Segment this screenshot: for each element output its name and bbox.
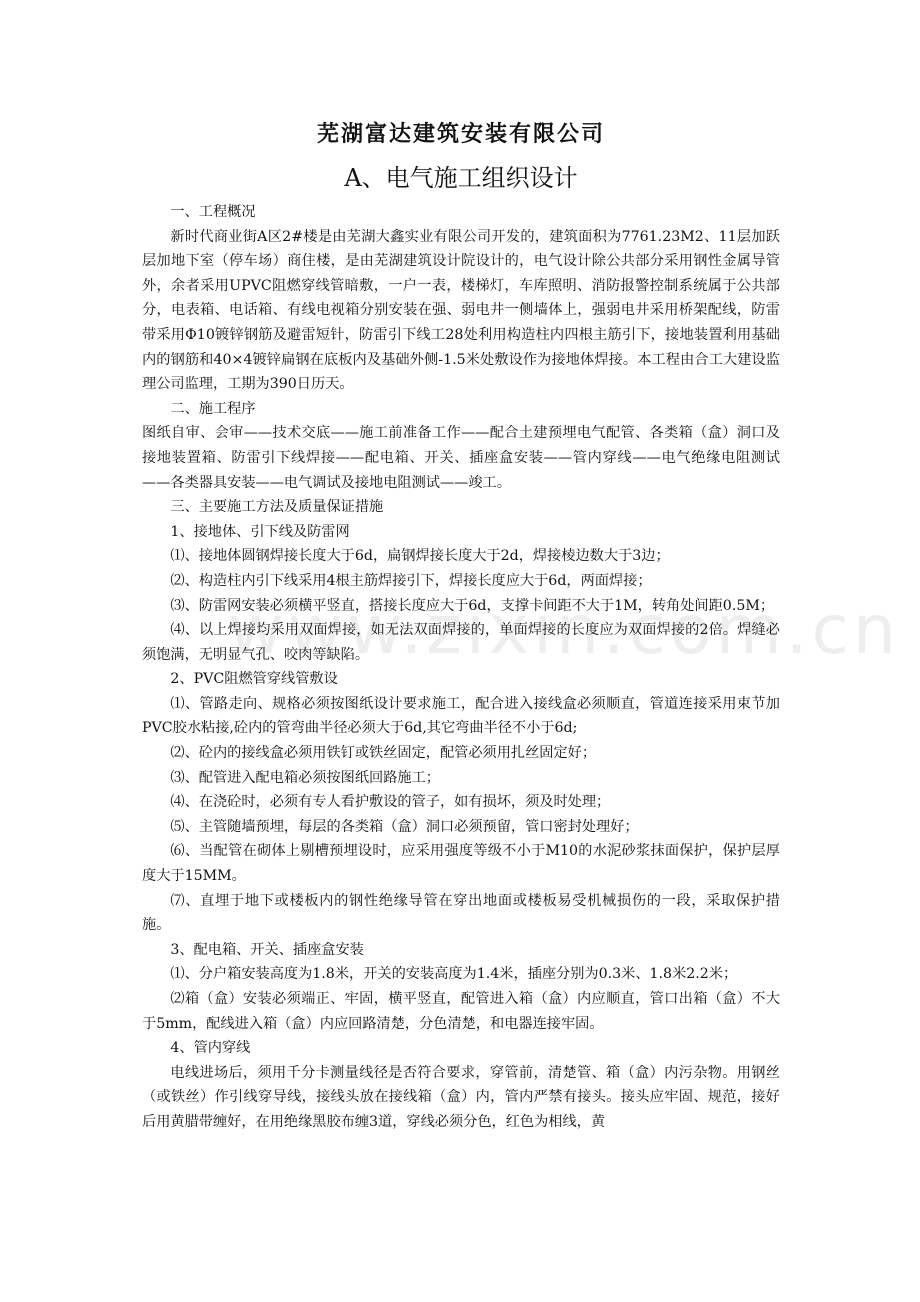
list-item: ⑸、主管随墙预埋，每层的各类箱（盒）洞口必须预留，管口密封处理好；	[142, 815, 780, 840]
section-heading: 三、主要施工方法及质量保证措施	[142, 495, 780, 520]
subsection-heading: 3、配电箱、开关、插座盒安装	[142, 938, 780, 963]
document-body: 芜湖富达建筑安装有限公司 A、电气施工组织设计 一、工程概况 新时代商业街A区2…	[142, 118, 780, 1135]
subsection-heading: 1、接地体、引下线及防雷网	[142, 520, 780, 545]
paragraph: 新时代商业街A区2#楼是由芜湖大鑫实业有限公司开发的，建筑面积为7761.23M…	[142, 225, 780, 397]
subsection-heading: 4、管内穿线	[142, 1036, 780, 1061]
list-item: ⑶、配管进入配电箱必须按图纸回路施工；	[142, 766, 780, 791]
list-item: ⑵、砼内的接线盒必须用铁钉或铁丝固定，配管必须用扎丝固定好；	[142, 741, 780, 766]
list-item: ⑵、构造柱内引下线采用4根主筋焊接引下，焊接长度应大于6d，两面焊接；	[142, 569, 780, 594]
list-item: ⑷、在浇砼时，必须有专人看护敷设的管子，如有损坏，须及时处理；	[142, 790, 780, 815]
list-item: ⑴、分户箱安装高度为1.8米，开关的安装高度为1.4米，插座分别为0.3米、1.…	[142, 962, 780, 987]
document-page: www.zixin.com.cn 芜湖富达建筑安装有限公司 A、电气施工组织设计…	[0, 0, 920, 1302]
subsection-heading: 2、PVC阻燃管穿线管敷设	[142, 667, 780, 692]
document-title: A、电气施工组织设计	[142, 160, 780, 196]
list-item: ⑴、接地体圆钢焊接长度大于6d，扁钢焊接长度大于2d，焊接棱边数大于3边；	[142, 544, 780, 569]
list-item: ⑹、当配管在砌体上剔槽预埋设时，应采用强度等级不小于M10的水泥砂浆抹面保护，保…	[142, 839, 780, 888]
paragraph: 电线进场后，须用千分卡测量线径是否符合要求，穿管前，清楚管、箱（盒）内污杂物。用…	[142, 1061, 780, 1135]
list-item: ⑺、直埋于地下或楼板内的钢性绝缘导管在穿出地面或楼板易受机械损伤的一段，采取保护…	[142, 889, 780, 938]
list-item: ⑴、管路走向、规格必须按图纸设计要求施工，配合进入接线盒必须顺直，管道连接采用束…	[142, 692, 780, 741]
list-item: ⑶、防雷网安装必须横平竖直，搭接长度应大于6d，支撑卡间距不大于1M，转角处间距…	[142, 594, 780, 619]
section-heading: 一、工程概况	[142, 200, 780, 225]
list-item: ⑷、以上焊接均采用双面焊接，如无法双面焊接的，单面焊接的长度应为双面焊接的2倍。…	[142, 618, 780, 667]
paragraph: 图纸自审、会审——技术交底——施工前准备工作——配合土建预埋电气配管、各类箱（盒…	[142, 421, 780, 495]
section-heading: 二、施工程序	[142, 397, 780, 422]
company-name: 芜湖富达建筑安装有限公司	[142, 118, 780, 152]
list-item: ⑵箱（盒）安装必须端正、牢固，横平竖直，配管进入箱（盒）内应顺直，管口出箱（盒）…	[142, 987, 780, 1036]
